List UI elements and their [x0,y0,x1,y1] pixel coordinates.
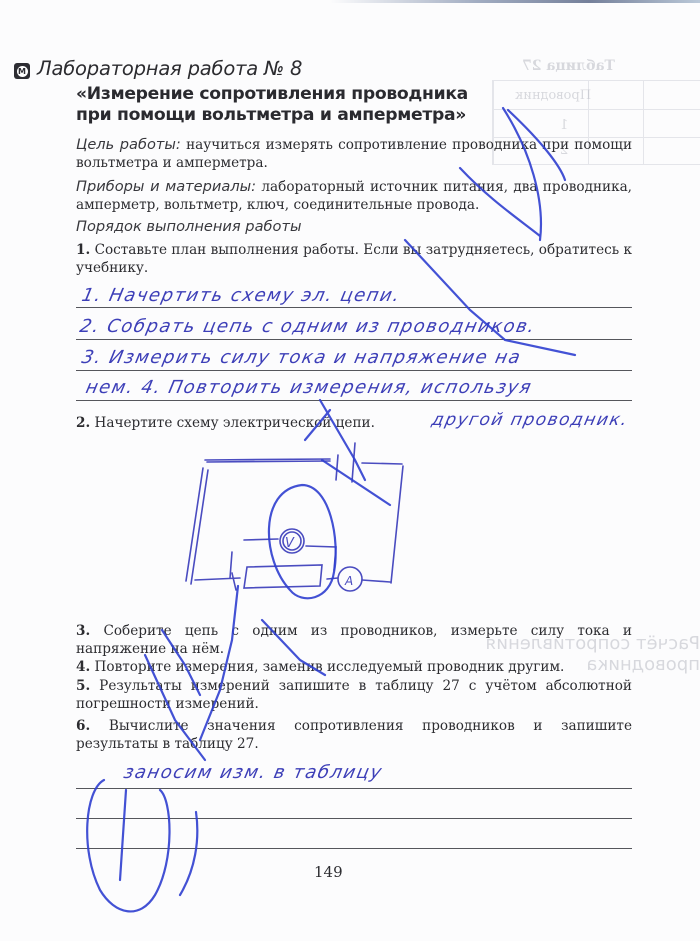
page-number: 149 [314,863,343,881]
step-1: 1. Составьте план выполнения работы. Есл… [76,241,632,277]
answer-line [76,788,632,789]
answer-line [76,370,632,371]
answer-line [76,848,632,849]
goal-paragraph: Цель работы: научиться измерять сопротив… [76,136,632,172]
step-2: 2. Начертите схему электрической цепи. [76,414,416,432]
goal-label: Цель работы: [76,136,181,153]
step-5: 5. Результаты измерений запишите в табли… [76,677,632,713]
procedure-heading: Порядок выполнения работы [76,218,301,235]
equipment-paragraph: Приборы и материалы: лабораторный источн… [76,178,632,214]
handwritten-plan-line-5: другой проводник. [430,410,630,430]
bleed-table-header: Проводник [515,88,591,103]
handwritten-plan-line-1: 1. Начертить схему эл. цепи. [80,285,403,306]
lab-number-label: Лабораторная работа № 8 [37,57,302,80]
answer-line [76,400,632,401]
scan-edge [330,0,700,3]
step-4: 4. Повторите измерения, заменив исследуе… [76,658,632,676]
workbook-page: Таблица 27 Проводник 1 2 Расчёт сопротив… [0,0,700,941]
bleed-table-title: Таблица 27 [522,58,615,74]
bleed-table-row-1: 1 [560,118,568,133]
handwritten-plan-line-4: нем. 4. Повторить измерения, используя [84,377,535,398]
answer-line [76,818,632,819]
voltmeter-label: V [285,536,295,551]
step-6: 6. Вычислите значения сопротивления пров… [76,717,632,753]
equipment-label: Приборы и материалы: [76,178,256,195]
handwritten-plan-line-2: 2. Собрать цепь с одним из проводников. [78,316,538,337]
answer-line [76,339,632,340]
handwritten-plan-line-3: 3. Измерить силу тока и напряжение на [80,347,524,368]
ammeter-label: A [344,574,353,588]
lab-title-line-1: «Измерение сопротивления проводника [76,84,468,105]
answer-line [76,307,632,308]
step-3: 3. Соберите цепь с одним из проводников,… [76,622,632,658]
lab-title: «Измерение сопротивления проводника при … [76,84,468,126]
method-badge-icon: M [14,63,30,79]
circuit-diagram [186,443,403,591]
lab-title-line-2: при помощи вольтметра и амперметра» [76,105,468,126]
handwritten-answer-step-6: заносим изм. в таблицу [122,762,385,783]
